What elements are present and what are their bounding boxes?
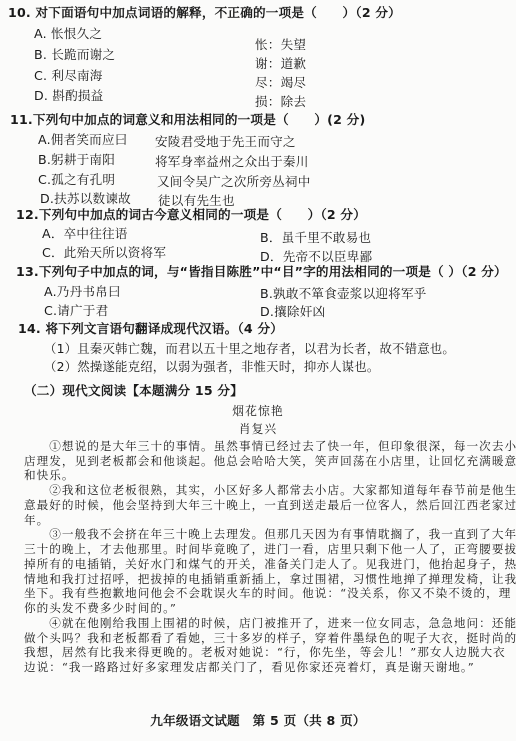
q11-option-c-left: C.孤之有孔明 <box>38 171 115 189</box>
passage-line: 三十的晚上，才去他那里。时间毕竟晚了，进门一看，店里只剩下他一人了，正弯腰要拔 <box>24 542 516 556</box>
passage-line: 坐下。我有些抱歉地问他会不会耽误火车的时间。他说：“没关系，你又不染不烫的，理 <box>24 586 511 600</box>
passage-line: 你的头发不费多少时间的。” <box>24 601 177 615</box>
q11-option-c-right: 又间令吴广之次所旁丛祠中 <box>157 173 311 191</box>
passage-line: ③一般我不会挤在年三十晚上去理发。但那几天因为有事情耽搁了，我一直到了大年 <box>24 527 516 541</box>
q11-option-a-left: A.佣者笑而应曰 <box>38 131 128 149</box>
question-12-stem: 12.下列句中加点的词古今意义相同的一项是（ ）（2 分） <box>16 206 366 224</box>
question-13-stem: 13.下列句子中加点的词，与“皆指目陈胜”中“目”字的用法相同的一项是（ ）（2… <box>16 263 507 281</box>
q10-gloss-a: 怅：失望 <box>255 36 306 54</box>
q13-option-a: A.乃丹书帛曰 <box>44 283 121 301</box>
q11-option-b-right: 将军身率益州之众出于秦川 <box>155 153 309 171</box>
section-heading: （二）现代文阅读【本题满分 15 分】 <box>24 382 243 400</box>
q14-item-1: （1）且秦灭韩亡魏，而君以五十里之地存者，以君为长者，故不错意也。 <box>44 340 455 358</box>
q13-option-d: D.攘除奸凶 <box>260 303 325 321</box>
passage-line: 情地和我打过招呼，把拔掉的电插销重新插上，拿过围裙，习惯性地掸了掸理发椅，让我 <box>24 572 516 586</box>
passage-line: 边说：“我一路路过好多家理发店都关门了，看见你家还亮着灯，真是谢天谢地。” <box>24 660 475 674</box>
passage-author: 肖复兴 <box>0 420 516 438</box>
q10-gloss-b: 谢：道歉 <box>255 55 306 73</box>
q13-option-c: C.请广于君 <box>44 302 108 320</box>
passage-line: 做个头吗？我和老板都看了看她，三十多岁的样子，穿着件墨绿色的呢子大衣，挺时尚的。 <box>24 631 516 645</box>
passage-line: 我想，居然有比我来得更晚的。老板对她说：“行，你先坐，等会儿！”那女人边脱大衣 <box>24 645 506 659</box>
passage-line: 掉所有的电插销，关好水门和煤气的开关，准备关门走人了。见我进门，他抬起身子，热 <box>24 557 516 571</box>
q12-option-c: C．此殆天所以资将军 <box>42 244 166 262</box>
passage-line: ④就在他刚给我围上围裙的时候，店门被推开了，进来一位女同志，急急地问：还能 <box>24 616 516 630</box>
page-footer: 九年级语文试题 第 5 页（共 8 页） <box>0 712 516 730</box>
q10-option-c: C. 利尽南海 <box>34 67 103 85</box>
passage-line: 年。 <box>24 513 49 527</box>
question-10-stem: 10. 对下面语句中加点词语的解释，不正确的一项是（ ）（2 分） <box>8 4 401 22</box>
question-11-stem: 11.下列句中加点的词意义和用法相同的一项是（ ）(2 分) <box>10 111 365 129</box>
q10-option-d: D. 斟酌损益 <box>34 87 103 105</box>
passage-line: 和快乐。 <box>24 468 75 482</box>
q13-option-b: B.孰敢不箪食壶浆以迎将军乎 <box>260 285 427 303</box>
q10-option-b: B. 长跪而谢之 <box>34 46 115 64</box>
question-14-stem: 14. 将下列文言语句翻译成现代汉语。（4 分） <box>18 320 283 338</box>
q10-gloss-c: 尽：竭尽 <box>255 74 306 92</box>
passage-line: 店理发，见到老板都会和他谈起。他总会哈哈大笑，笑声回荡在小店里，让回忆充满暖意 <box>24 454 516 468</box>
q10-option-a: A. 怅恨久之 <box>34 25 102 43</box>
q12-option-a: A．卒中往往语 <box>42 225 128 243</box>
passage-line: 意最好的时候，他会坚持到大年三十晚上，一直到送走最后一位客人，然后回江西老家过 <box>24 498 516 512</box>
q10-gloss-d: 损：除去 <box>255 93 306 111</box>
q11-option-a-right: 安陵君受地于先王而守之 <box>155 133 296 151</box>
passage-line: ①想说的是大年三十的事情。虽然事情已经过去了快一年，但印象很深，每一次去小 <box>24 439 516 453</box>
q14-item-2: （2）然操遂能克绍，以弱为强者，非惟天时，抑亦人谋也。 <box>44 358 379 376</box>
q12-option-b: B．虽千里不敢易也 <box>260 229 371 247</box>
passage-line: ②我和这位老板很熟，其实，小区好多人都常去小店。大家都知道每年春节前是他生 <box>24 483 516 497</box>
passage-title: 烟花惊艳 <box>0 402 516 420</box>
q11-option-b-left: B.躬耕于南阳 <box>38 151 115 169</box>
